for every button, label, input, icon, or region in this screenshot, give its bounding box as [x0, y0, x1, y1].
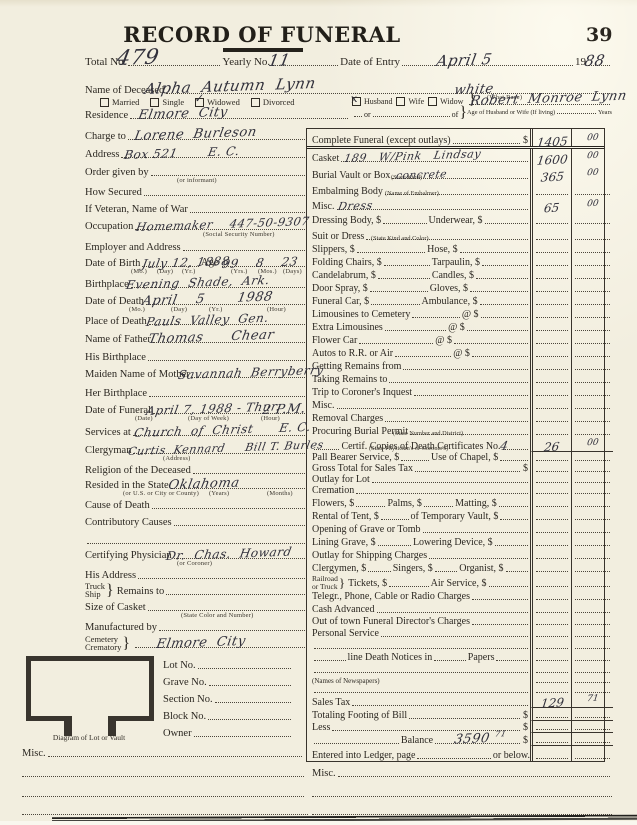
charge-label-cell: Dressing Body, $Underwear, $ — [307, 212, 530, 226]
dotted-leader — [575, 283, 610, 292]
dotted-leader — [314, 664, 528, 673]
charge-amount-cell — [530, 615, 571, 627]
dotted-leader — [536, 335, 568, 344]
charge-row: Procuring Burial Permit(State Number and… — [307, 424, 604, 437]
dotted-leader — [536, 537, 568, 546]
checkbox-label: Divorced — [263, 97, 295, 107]
charge-amount-cell — [530, 548, 571, 561]
charge-label-cell: Slippers, $Hose, $ — [307, 242, 530, 255]
dotted-leader — [149, 388, 305, 397]
handwritten-entry: 2 P.M. — [261, 402, 307, 418]
charge-row: Certif. Copies of Death Certificates No.… — [307, 437, 604, 452]
field-label: Lot No. — [163, 660, 196, 671]
charge-row: Folding Chairs, $Tarpaulin, $ — [307, 255, 604, 268]
form-row: Maiden Name of MotherSavannah Berryberry — [85, 367, 307, 380]
charge-label: Candles, $ — [432, 270, 474, 281]
charge-cents-cell — [571, 333, 613, 346]
handwritten-deceased-name: Alpha Autumn Lynn — [143, 74, 317, 98]
dotted-leader — [536, 524, 568, 533]
handwritten-entry: Pauls Valley Gen. — [145, 311, 270, 329]
form-row: Date of BirthAgeJuly 12, 188899 8 23(Mo.… — [85, 256, 307, 269]
dotted-leader — [536, 215, 568, 224]
checkbox-option: Married — [100, 97, 139, 107]
charge-label: Flower Car — [312, 335, 357, 346]
charge-amount-cell — [530, 294, 571, 307]
dotted-leader — [381, 511, 409, 520]
charge-label: Less — [312, 722, 330, 733]
dotted-leader — [190, 204, 305, 213]
charge-cents-cell — [571, 574, 613, 589]
dotted-leader — [575, 664, 610, 673]
charge-amount-cell — [530, 651, 571, 663]
charge-label: Balance — [401, 735, 433, 746]
charge-label: Tarpaulin, $ — [432, 257, 480, 268]
charge-label-cell: Funeral Car, $Ambulance, $ — [307, 294, 530, 307]
charge-cents-cell — [571, 359, 613, 372]
brace-glyph: } — [106, 585, 114, 597]
form-row: ClergymanCurtis Kennard Bill T. Burles(A… — [85, 443, 307, 456]
handwritten-entry: Lorene Burleson — [133, 125, 258, 144]
dotted-leader — [536, 498, 568, 507]
charge-cents-cell: 00 — [571, 149, 613, 164]
field-label: Certifying Physician — [85, 550, 172, 561]
charge-row: Candelabrum, $Candles, $ — [307, 268, 604, 281]
dotted-leader — [476, 270, 528, 279]
charge-sublabel: (State Number and District) — [393, 430, 463, 437]
charge-label: line Death Notices in — [348, 652, 433, 663]
charge-row: Gross Total for Sales Tax$ — [307, 463, 604, 474]
dotted-leader — [435, 563, 457, 572]
misc-left-label: Misc. — [22, 748, 46, 759]
dotted-leader — [575, 215, 610, 224]
field-label: Size of Casket — [85, 602, 146, 613]
dotted-line — [22, 796, 304, 797]
dotted-leader — [557, 105, 596, 114]
charge-label: Burial Vault or Box — [312, 170, 390, 181]
charge-label-cell: Misc. — [307, 398, 530, 411]
charge-label-cell: Embalming Body(Name of Embalmer) — [307, 181, 530, 197]
handwritten-cents: 00 — [586, 168, 599, 179]
charge-label: Misc. — [312, 400, 335, 411]
dotted-leader — [500, 511, 528, 520]
charge-cents-cell — [571, 294, 613, 307]
handwritten-entry: 99 8 23 — [221, 254, 299, 271]
form-row: Order given by(or informant) — [85, 165, 307, 178]
charge-cents-cell — [571, 589, 613, 602]
charge-label: Cremation — [312, 485, 354, 496]
charge-label-cell: Cash Advanced — [307, 602, 530, 615]
misc-left-row: Misc. — [22, 746, 304, 759]
lot-info-row: Section No. — [163, 692, 293, 705]
dotted-leader — [482, 257, 528, 266]
charge-label: Entered into Ledger, page — [312, 750, 415, 761]
form-row: Size of Casket(State Color and Number) — [85, 600, 307, 613]
dotted-leader — [500, 452, 528, 461]
field-label: Her Birthplace — [85, 388, 147, 399]
charge-label: Clergymen, $ — [312, 563, 366, 574]
form-row: Religion of the Deceased — [85, 463, 307, 476]
charge-label: Air Service, $ — [431, 578, 487, 589]
charge-row: Slippers, $Hose, $ — [307, 242, 604, 255]
dotted-leader — [159, 622, 305, 631]
charge-cents-cell — [571, 268, 613, 281]
dotted-leader — [575, 709, 610, 718]
funeral-record-page: RECORD OF FUNERAL 39 Total No. Yearly No… — [0, 0, 637, 825]
charge-label-cell: Outlay for Lot — [307, 474, 530, 485]
charge-label-cell: Gross Total for Sales Tax$ — [307, 463, 530, 474]
dotted-leader — [575, 750, 610, 759]
dotted-leader — [357, 244, 425, 253]
charge-row: Getting Remains from — [307, 359, 604, 372]
charge-amount-cell — [530, 268, 571, 281]
charge-label: Taking Remains to — [312, 374, 387, 385]
handwritten-entry: April 5 1988 — [141, 289, 274, 309]
charge-label: Rental of Tent, $ — [312, 511, 379, 522]
charge-row: Taking Remains to — [307, 372, 604, 385]
charge-amount-cell — [530, 359, 571, 372]
charge-label: Limousines to Cemetery — [312, 309, 410, 320]
dotted-leader — [467, 322, 528, 331]
lot-vault-diagram — [26, 656, 154, 721]
dotted-leader — [575, 474, 610, 483]
form-row: CemeteryCrematory}Elmore City — [85, 633, 307, 650]
form-row: ResidenceElmore City — [85, 108, 350, 121]
dotted-leader — [536, 463, 568, 472]
dotted-leader — [536, 270, 568, 279]
charge-cents-cell — [571, 372, 613, 385]
charge-label-cell: Burial Vault or Boxconcrete(State Kind) — [307, 164, 530, 181]
dotted-leader — [472, 616, 528, 625]
charge-label-cell: Complete Funeral (except outlays)$ — [307, 129, 530, 146]
charge-label-cell — [307, 685, 530, 695]
field-label: Cause of Death — [85, 500, 150, 511]
handwritten-entry: Curtis Kennard Bill T. Burles — [127, 438, 325, 458]
handwritten-cents: 71 — [586, 694, 599, 705]
or-label: or — [364, 110, 371, 119]
dotted-leader — [575, 387, 610, 396]
dotted-leader — [536, 684, 568, 693]
handwritten-total-no: 479 — [115, 45, 161, 70]
field-sublabel: (State Color and Number) — [181, 612, 254, 619]
dotted-leader — [536, 186, 568, 195]
dotted-leader — [536, 591, 568, 600]
charge-label-cell: Candelabrum, $Candles, $ — [307, 268, 530, 281]
charge-label-cell: Sales Tax — [307, 695, 530, 708]
charge-cents-cell — [571, 602, 613, 615]
dotted-leader — [536, 734, 568, 743]
charge-label-cell: Limousines to Cemetery@ $ — [307, 307, 530, 320]
charge-cents-cell — [571, 509, 613, 522]
charge-cents-cell — [571, 463, 613, 474]
charge-label-cell: Extra Limousines@ $ — [307, 320, 530, 333]
dotted-leader — [536, 550, 568, 559]
charge-label-cell: Out of town Funeral Director's Charges — [307, 615, 530, 627]
form-row: His Birthplace — [85, 350, 307, 363]
dotted-leader — [401, 452, 429, 461]
charge-cents-cell: 71 — [571, 695, 613, 708]
dotted-leader — [575, 616, 610, 625]
dotted-leader — [496, 652, 528, 661]
charge-amount-cell — [530, 589, 571, 602]
charge-cents-cell — [571, 474, 613, 485]
handwritten-entry: Oklahoma — [167, 476, 241, 493]
field-label: Owner — [163, 728, 192, 739]
charge-row: line Death Notices inPapers — [307, 651, 604, 663]
brace-line: Ship — [85, 590, 105, 598]
charge-row — [307, 685, 604, 695]
charge-row — [307, 639, 604, 651]
dotted-leader — [378, 270, 430, 279]
dotted-leader — [499, 498, 528, 507]
charge-label-cell: Balance$3590 71 — [307, 733, 530, 746]
charge-cents-cell — [571, 535, 613, 548]
handwritten-cents: 00 — [586, 199, 599, 210]
dotted-leader — [536, 664, 568, 673]
dotted-leader — [575, 628, 610, 637]
charge-row: Limousines to Cemetery@ $ — [307, 307, 604, 320]
charge-cents-cell: 00 — [571, 437, 613, 452]
charge-label: Opening of Grave or Tomb — [312, 524, 421, 535]
charge-label: Removal Charges — [312, 413, 383, 424]
form-row: TruckShip}Remains to — [85, 580, 307, 597]
form-row: OccupationHomemaker 447-50-9307(Social S… — [85, 219, 307, 232]
dotted-leader — [485, 215, 528, 224]
charge-label-cell: Door Spray, $Gloves, $ — [307, 281, 530, 294]
checkbox-divorced — [251, 98, 260, 107]
charge-label: Singers, $ — [393, 563, 433, 574]
dotted-leader — [337, 400, 529, 409]
charge-cents-cell — [571, 255, 613, 268]
charge-label-cell: Folding Chairs, $Tarpaulin, $ — [307, 255, 530, 268]
field-label: Occupation — [85, 221, 133, 232]
checkbox-widow — [428, 97, 437, 106]
handwritten-entry: July 12, 1888 — [141, 254, 231, 271]
charge-label: Cash Advanced — [312, 604, 375, 615]
charge-cents-cell — [571, 411, 613, 424]
charge-label: Organist, $ — [459, 563, 503, 574]
handwritten-cents: 00 — [586, 151, 599, 162]
charge-row: Sales Tax12971 — [307, 695, 604, 708]
charge-row: Misc.Dress6500 — [307, 197, 604, 212]
charge-amount-cell — [530, 424, 571, 437]
charge-label: Palms, $ — [387, 498, 421, 509]
dotted-leader — [575, 231, 610, 240]
charge-amount-cell — [530, 627, 571, 639]
handwritten-entry: Dr. Chas. Howard — [165, 545, 293, 563]
charge-amount-cell — [530, 509, 571, 522]
dotted-leader — [193, 465, 305, 474]
charge-cents-cell — [571, 181, 613, 197]
dotted-leader — [371, 296, 419, 305]
charge-amount-cell — [530, 746, 571, 761]
charge-label: Autos to R.R. or Air — [312, 348, 393, 359]
page-title: RECORD OF FUNERAL — [0, 22, 524, 47]
charge-label-cell: Cremation — [307, 485, 530, 496]
field-label: Block No. — [163, 711, 206, 722]
dotted-leader — [417, 750, 490, 759]
vault-caption: Diagram of Lot or Vault — [22, 733, 156, 742]
dotted-leader — [536, 257, 568, 266]
charge-cents-cell — [571, 242, 613, 255]
dotted-leader — [575, 335, 610, 344]
charge-label: Complete Funeral (except outlays) — [312, 135, 451, 146]
charge-row: Outlay for Lot — [307, 474, 604, 485]
field-label: Clergyman — [85, 445, 131, 456]
dotted-leader — [575, 511, 610, 520]
misc-right-row: Misc. — [312, 766, 612, 779]
charges-box: Complete Funeral (except outlays)$140500… — [306, 128, 605, 762]
charge-label: Outlay for Shipping Charges — [312, 550, 427, 561]
charge-row: Totaling Footing of Bill$ — [307, 708, 604, 721]
charge-cents-cell — [571, 615, 613, 627]
charge-row: Entered into Ledger, pageor below. — [307, 746, 604, 761]
dotted-leader — [434, 652, 466, 661]
dotted-leader — [536, 283, 568, 292]
charge-label-cell: Rental of Tent, $of Temporary Vault, $ — [307, 509, 530, 522]
charge-label: Folding Chairs, $ — [312, 257, 382, 268]
dotted-leader — [536, 721, 568, 730]
dotted-leader — [383, 215, 426, 224]
field-label: Religion of the Deceased — [85, 465, 191, 476]
lot-info-row: Lot No. — [163, 658, 293, 671]
handwritten-entry-date: April 5 — [435, 50, 494, 70]
charge-label-cell: Flowers, $Palms, $Matting, $ — [307, 496, 530, 509]
page-number: 39 — [586, 24, 612, 46]
charge-row: Lining Grave, $Lowering Device, $ — [307, 535, 604, 548]
charge-cents-cell — [571, 281, 613, 294]
totals-row: Total No. Yearly No. Date of Entry 19 47… — [85, 55, 612, 68]
dotted-leader — [480, 296, 528, 305]
charge-label: Lowering Device, $ — [413, 537, 493, 548]
spouse-status-group: HusbandxWifeWidow — [352, 97, 467, 106]
dotted-leader — [144, 187, 305, 196]
charge-label-cell — [307, 663, 530, 675]
dotted-leader — [506, 563, 528, 572]
dotted-leader — [152, 500, 305, 509]
dotted-leader — [536, 348, 568, 357]
charge-label-cell: Getting Remains from — [307, 359, 530, 372]
dotted-leader — [575, 270, 610, 279]
field-label: Address — [85, 149, 119, 160]
form-row: Name of FatherThomas Chear — [85, 332, 307, 345]
charge-label: Flowers, $ — [312, 498, 354, 509]
dotted-leader — [354, 108, 362, 117]
dotted-leader — [575, 485, 610, 494]
charge-row: Outlay for Shipping Charges — [307, 548, 604, 561]
dotted-leader — [536, 296, 568, 305]
dotted-leader — [495, 537, 528, 546]
charge-cents-cell — [571, 721, 613, 733]
charge-sublabel: (Name of Embalmer) — [385, 190, 439, 197]
charge-amount-cell — [530, 242, 571, 255]
dotted-leader — [536, 387, 568, 396]
dotted-leader — [373, 108, 450, 117]
field-sublabel: (Days) — [283, 268, 302, 275]
dotted-leader — [536, 563, 568, 572]
dollar-sign: $ — [522, 722, 530, 733]
charge-cents-cell — [571, 746, 613, 761]
charge-row: Pall Bearer Service, $Use of Chapel, $ — [307, 452, 604, 463]
charge-cents-cell — [571, 548, 613, 561]
charge-label: Personal Service — [312, 628, 379, 639]
handwritten-entry: Dress — [337, 199, 374, 213]
field-label: Charge to — [85, 131, 126, 142]
charge-row: Opening of Grave or Tomb — [307, 522, 604, 535]
charge-cents-cell — [571, 346, 613, 359]
charge-label: Tickets, $ — [348, 578, 387, 589]
charge-cents-cell — [571, 424, 613, 437]
lot-info-row: Grave No. — [163, 675, 293, 688]
dotted-leader — [575, 734, 610, 743]
charge-sublabel: (State Kind and Color) — [371, 235, 429, 242]
dotted-leader — [489, 578, 529, 587]
form-row: AddressBox 521 E. C. — [85, 147, 307, 160]
yearly-no-label: Yearly No. — [222, 56, 270, 68]
handwritten-entry: 4 — [499, 439, 510, 453]
charge-row: Cremation — [307, 485, 604, 496]
field-label: Residence — [85, 110, 128, 121]
dotted-leader — [536, 413, 568, 422]
charge-label: or below. — [493, 750, 530, 761]
checkbox-single — [150, 98, 159, 107]
charge-row: Railroador Truck}Tickets, $Air Service, … — [307, 574, 604, 589]
brace-glyph: } — [122, 638, 130, 650]
charge-amount-cell: 1405 — [530, 129, 571, 146]
charge-amount-cell — [530, 307, 571, 320]
charge-amount-cell — [530, 346, 571, 359]
checkbox-married — [100, 98, 109, 107]
dotted-leader — [395, 348, 451, 357]
charge-label: @ $ — [435, 335, 452, 346]
charge-cents-cell — [571, 485, 613, 496]
charge-label: Hose, $ — [427, 244, 458, 255]
charge-label-cell: Removal Charges — [307, 411, 530, 424]
charge-label-cell: Totaling Footing of Bill$ — [307, 708, 530, 721]
dotted-leader — [536, 474, 568, 483]
charge-cents-cell: 00 — [571, 197, 613, 212]
handwritten-amount: 26 — [544, 442, 561, 453]
checkbox-option: Husbandx — [352, 97, 392, 106]
charge-amount-cell — [530, 372, 571, 385]
vault-gap — [72, 716, 108, 721]
charge-label: Totaling Footing of Bill — [312, 710, 407, 721]
dotted-leader — [198, 660, 291, 669]
dotted-leader — [356, 498, 385, 507]
charge-label-cell: Suit or Dress(State Kind and Color) — [307, 226, 530, 242]
dotted-leader — [148, 352, 305, 361]
handwritten-entry: Evening Shade, Ark. — [125, 273, 271, 292]
dotted-line — [312, 796, 612, 797]
charge-label: Outlay for Lot — [312, 474, 370, 485]
form-row: Manufactured by — [85, 620, 307, 633]
checkbox-label: Married — [112, 97, 139, 107]
dollar-sign: $ — [522, 710, 530, 721]
dotted-leader — [183, 242, 305, 251]
dotted-leader — [481, 309, 528, 318]
dotted-leader — [536, 485, 568, 494]
charge-label: Lining Grave, $ — [312, 537, 376, 548]
dotted-leader — [314, 735, 399, 744]
dotted-leader — [372, 474, 528, 483]
field-label: Birthplace — [85, 279, 129, 290]
dotted-leader — [536, 674, 568, 683]
checkbox-label: Husband — [364, 97, 392, 106]
charge-label: Embalming Body — [312, 186, 383, 197]
dotted-leader — [453, 135, 520, 144]
charge-label: Ambulance, $ — [422, 296, 478, 307]
charge-amount-cell — [530, 522, 571, 535]
charge-label-cell: Clergymen, $Singers, $Organist, $ — [307, 561, 530, 574]
